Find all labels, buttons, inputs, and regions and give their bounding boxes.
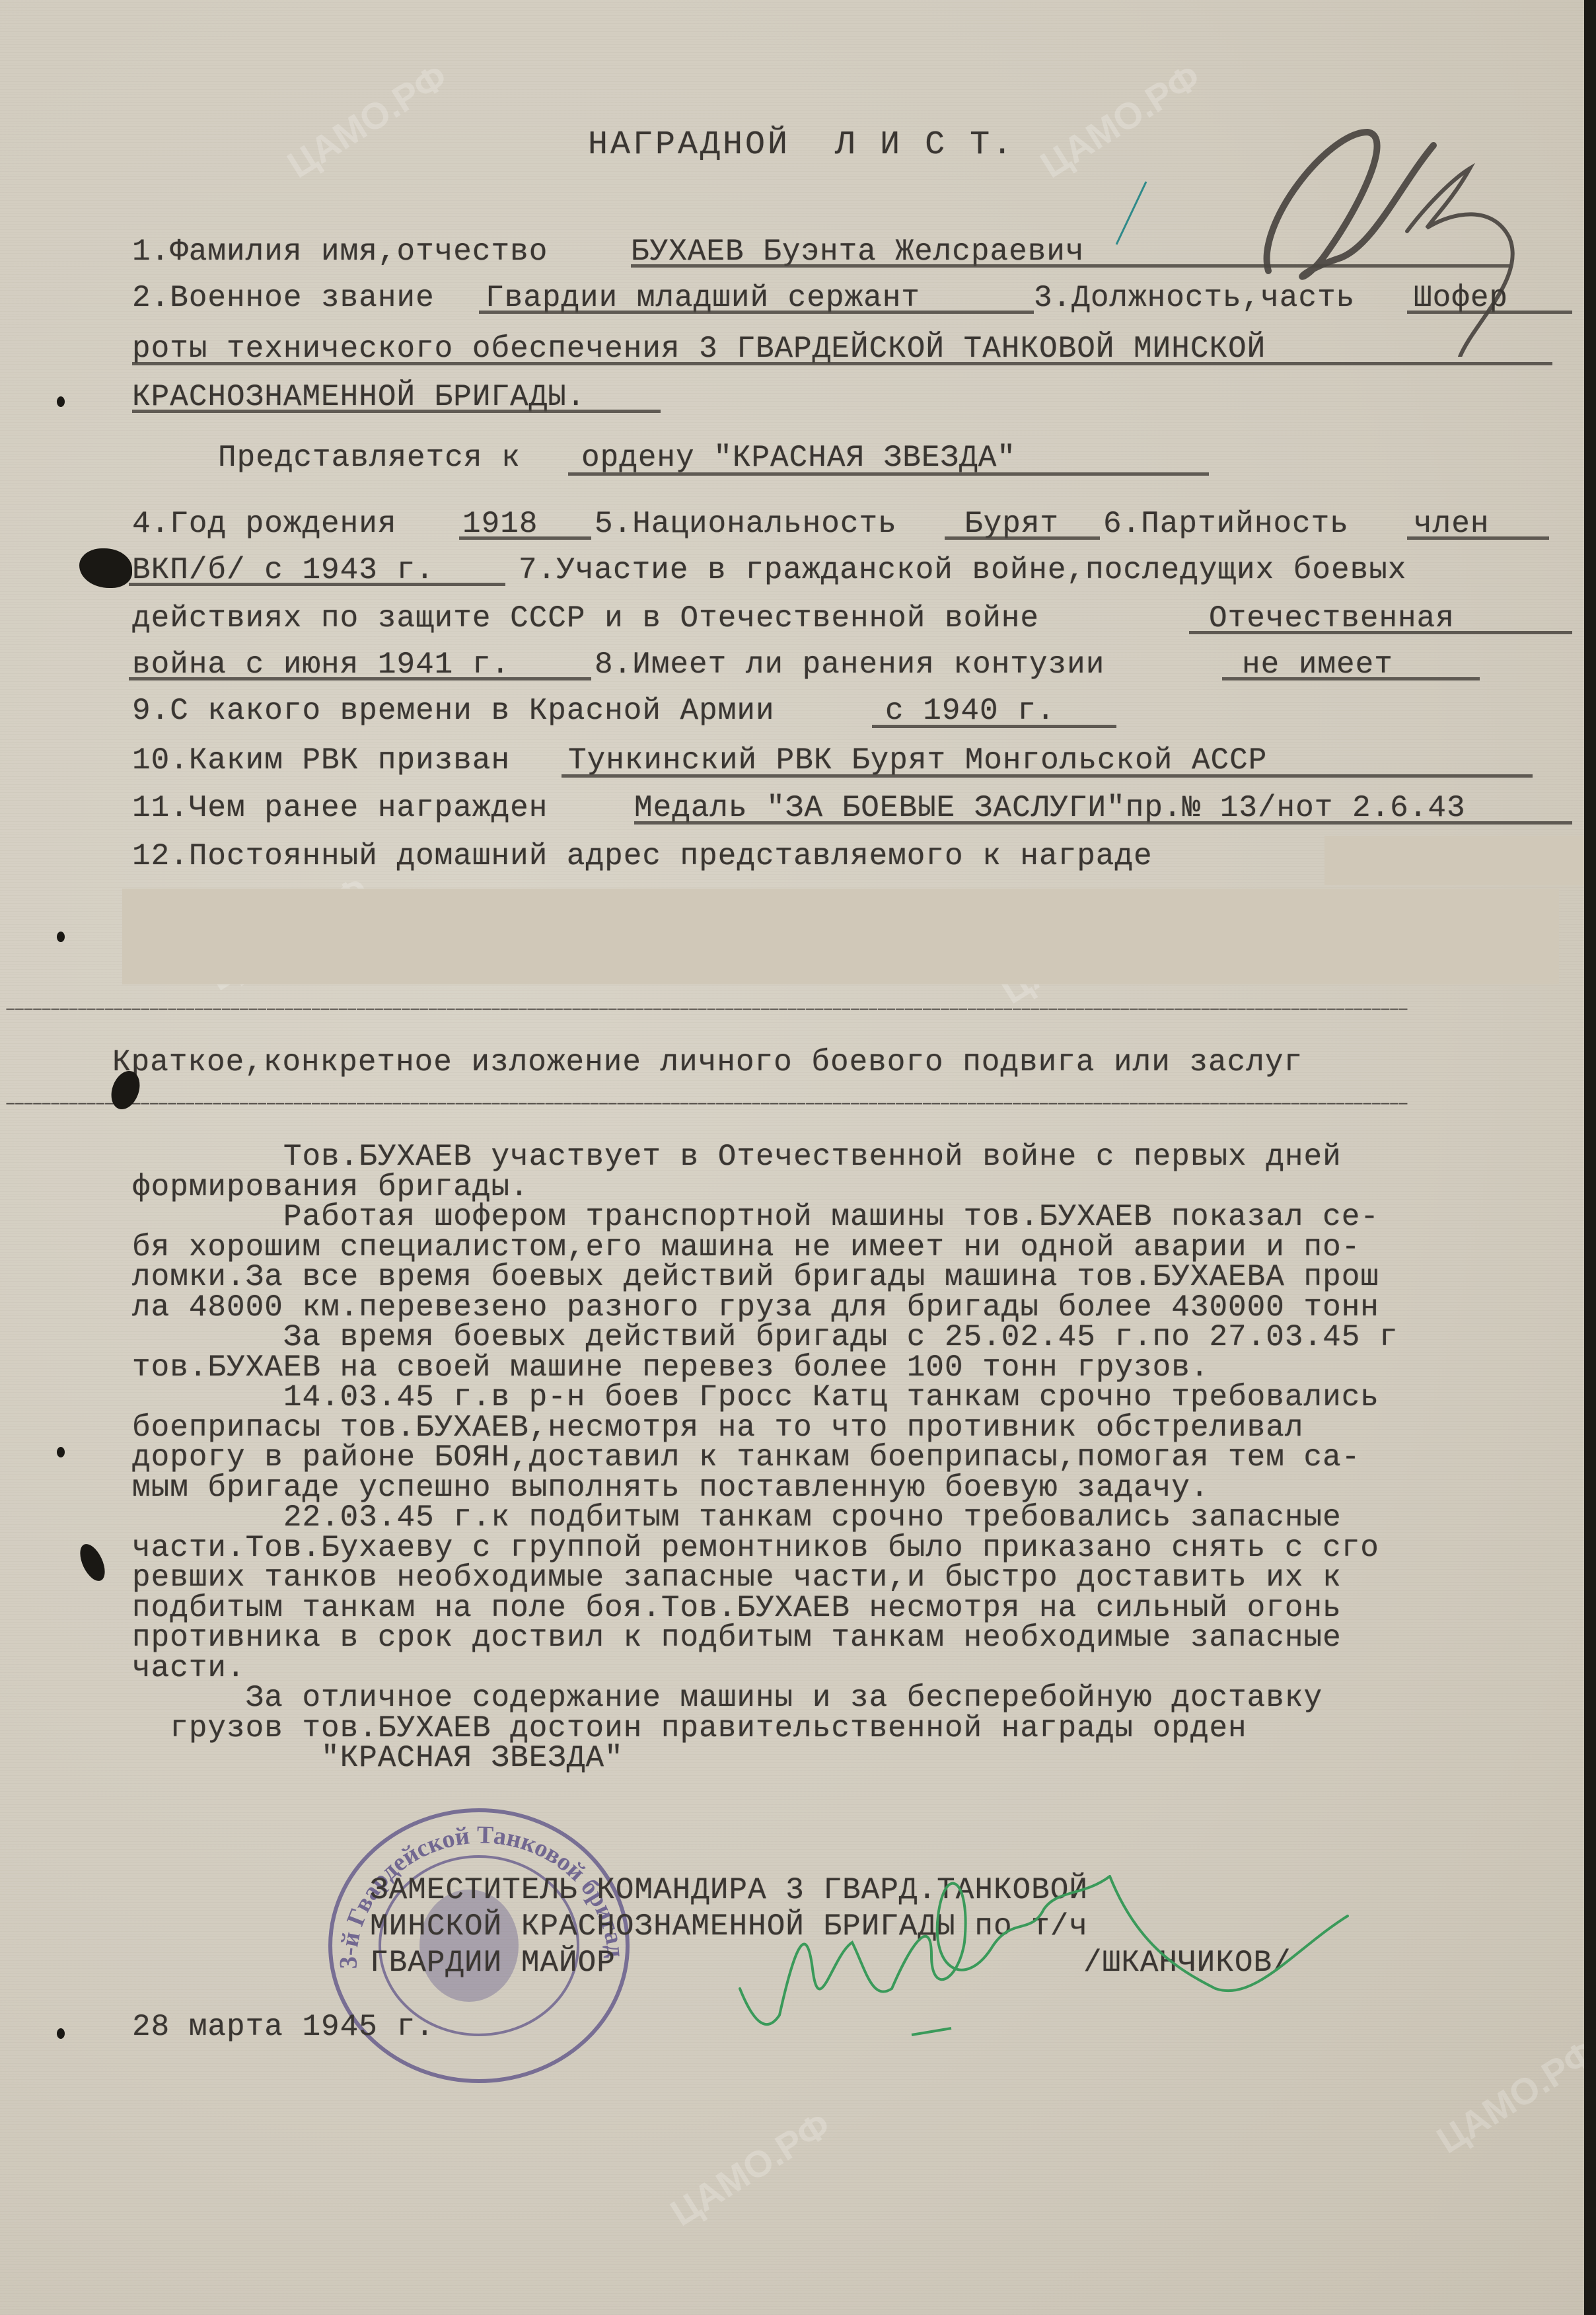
field-value-service-since: с 1940 г. (885, 696, 1055, 726)
nominated-label: Представляется к (218, 443, 521, 473)
narrative-line: ревших танков необходимые запасные части… (132, 1562, 1342, 1593)
field-value-nationality: Бурят (964, 509, 1059, 539)
narrative-line: противника в срок доствил к подбитым тан… (132, 1623, 1342, 1653)
watermark: ЦАМО.РФ (1033, 55, 1208, 186)
field-label-address: 12.Постоянный домашний адрес представляе… (132, 841, 1153, 871)
underline (459, 536, 591, 540)
underline (132, 410, 661, 413)
narrative-line: тов.БУХАЕВ на своей машине перевез более… (132, 1352, 1209, 1383)
narrative-line: За время боевых действий бригады с 25.02… (132, 1322, 1398, 1352)
field-value-wounds: не имеет (1242, 649, 1393, 680)
pin-hole (57, 396, 65, 407)
redacted-address (1324, 836, 1584, 885)
narrative-line: части.Тов.Бухаеву с группой ремонтников … (132, 1533, 1379, 1563)
narrative-line: грузов тов.БУХАЕВ достоин правительствен… (132, 1713, 1247, 1744)
underline (562, 774, 1533, 778)
punch-hole (79, 548, 132, 588)
handwritten-mark (1242, 106, 1519, 357)
field-value-name: БУХАЕВ Буэнта Желсраевич (631, 237, 1085, 267)
pin-hole (57, 1447, 65, 1457)
underline (945, 536, 1100, 540)
underline (132, 362, 1552, 365)
field-value-birth-year: 1918 (462, 509, 538, 539)
narrative-line: "КРАСНАЯ ЗВЕЗДА" (132, 1743, 624, 1773)
field-label-prior-awards: 11.Чем ранее награжден (132, 793, 548, 823)
underline (568, 472, 1209, 476)
field-label-service-since: 9.С какого времени в Красной Армии (132, 696, 775, 726)
narrative-line: мым бригаде успешно выполнять поставленн… (132, 1473, 1209, 1503)
field-label-rvk: 10.Каким РВК призван (132, 745, 510, 776)
field-label-participation-cont: действиях по защите СССР и в Отечественн… (132, 603, 1039, 634)
signature-title-line-3: ГВАРДИИ МАЙОР (370, 1948, 616, 1978)
field-value-unit-cont: КРАСНОЗНАМЕННОЙ БРИГАДЫ. (132, 382, 586, 412)
field-value-party-cont: ВКП/б/ с 1943 г. (132, 555, 435, 585)
section-heading: Краткое,конкретное изложение личного бое… (112, 1047, 1303, 1078)
field-label-nationality: 5.Национальность (595, 509, 897, 539)
underline (129, 583, 505, 586)
field-value-unit: роты технического обеспечения 3 ГВАРДЕЙС… (132, 334, 1266, 364)
underline (1407, 536, 1549, 540)
narrative-line: дорогу в районе БОЯН,доставил к танкам б… (132, 1442, 1360, 1473)
underline (1189, 631, 1572, 634)
field-value-prior-awards: Медаль "ЗА БОЕВЫЕ ЗАСЛУГИ"пр.№ 13/нот 2.… (634, 793, 1466, 823)
watermark: ЦАМО.РФ (1429, 2030, 1584, 2162)
field-value-participation: Отечественная (1209, 603, 1455, 634)
field-value-position: Шофер (1414, 283, 1508, 313)
underline (129, 677, 591, 680)
narrative-line: 22.03.45 г.к подбитым танкам срочно треб… (132, 1502, 1342, 1533)
underline (1222, 677, 1480, 680)
watermark: ЦАМО.РФ (663, 2103, 838, 2234)
field-value-participation-cont: война с июня 1941 г. (132, 649, 510, 680)
pin-hole (57, 932, 65, 942)
field-label-wounds: 8.Имеет ли ранения контузии (595, 649, 1105, 680)
document-date: 28 марта 1945 г. (132, 2012, 435, 2042)
field-value-party: член (1414, 509, 1489, 539)
field-value-rank: Гвардии младший сержант (486, 283, 920, 313)
separator-line: ========================================… (5, 1006, 1584, 1016)
field-label-rank: 2.Военное звание (132, 283, 435, 313)
narrative-line: подбитым танкам на поле боя.Тов.БУХАЕВ н… (132, 1593, 1342, 1623)
narrative-line: ломки.За все время боевых действий брига… (132, 1262, 1379, 1292)
underline (631, 264, 1509, 268)
narrative-line: Работая шофером транспортной машины тов.… (132, 1202, 1379, 1232)
underline (479, 311, 1034, 314)
field-label-birth-year: 4.Год рождения (132, 509, 396, 539)
scan-edge (1584, 0, 1596, 2315)
award-sheet: ЦАМО.РФ ЦАМО.РФ ЦАМО.РФ ЦАМО.РФ ЦАМО.РФ … (0, 0, 1584, 2315)
narrative-line: бя хорошим специалистом,его машина не им… (132, 1232, 1360, 1263)
watermark: ЦАМО.РФ (279, 55, 454, 186)
narrative-line: ла 48000 км.перевезено разного груза для… (132, 1292, 1379, 1323)
document-title: НАГРАДНОЙ Л И С Т. (588, 129, 1015, 162)
narrative-line: За отличное содержание машины и за беспе… (132, 1683, 1323, 1713)
field-label-position: 3.Должность,часть (1034, 283, 1355, 313)
narrative-line: 14.03.45 г.в р-н боев Гросс Катц танкам … (132, 1382, 1379, 1413)
pin-hole (57, 2028, 65, 2039)
underline (1407, 311, 1572, 314)
narrative-line: формирования бригады. (132, 1172, 529, 1202)
field-value-rvk: Тункинский РВК Бурят Монгольской АССР (568, 745, 1267, 776)
narrative-line: Тов.БУХАЕВ участвует в Отечественной вой… (132, 1142, 1342, 1172)
field-label-party: 6.Партийность (1103, 509, 1349, 539)
underline (872, 725, 1116, 728)
separator-line: ========================================… (5, 1100, 1584, 1111)
tear-mark (75, 1540, 110, 1584)
underline (634, 821, 1572, 825)
field-label-name: 1.Фамилия имя,отчество (132, 237, 548, 267)
nominated-value: ордену "КРАСНАЯ ЗВЕЗДА" (581, 443, 1016, 473)
redacted-address (122, 889, 1559, 984)
handwritten-signature (713, 1837, 1407, 2048)
pen-tick (1110, 178, 1149, 251)
narrative-line: части. (132, 1653, 246, 1683)
field-label-participation: 7.Участие в гражданской войне,последущих… (519, 555, 1406, 585)
narrative-line: боеприпасы тов.БУХАЕВ,несмотря на то что… (132, 1413, 1303, 1443)
